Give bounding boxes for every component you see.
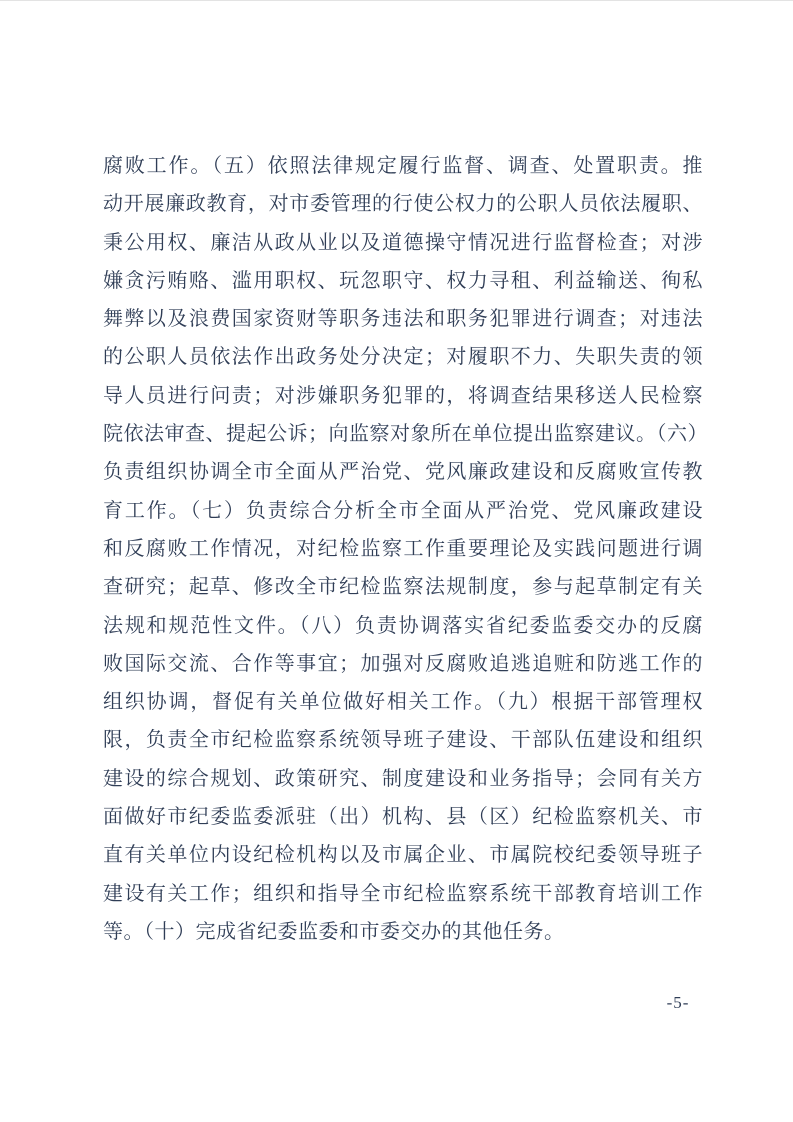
text-line: 组织协调，督促有关单位做好相关工作。（九）根据干部管理权 bbox=[103, 683, 703, 721]
text-line: 院依法审查、提起公诉；向监察对象所在单位提出监察建议。（六） bbox=[103, 415, 703, 453]
text-line: 法规和规范性文件。（八）负责协调落实省纪委监委交办的反腐 bbox=[103, 607, 703, 645]
text-line: 和反腐败工作情况，对纪检监察工作重要理论及实践问题进行调 bbox=[103, 530, 703, 568]
text-line: 等。（十）完成省纪委监委和市委交办的其他任务。 bbox=[103, 913, 703, 951]
body-text: 腐败工作。（五）依照法律规定履行监督、调查、处置职责。推 动开展廉政教育，对市委… bbox=[103, 147, 703, 951]
text-line: 舞弊以及浪费国家资财等职务违法和职务犯罪进行调查；对违法 bbox=[103, 300, 703, 338]
text-line: 腐败工作。（五）依照法律规定履行监督、调查、处置职责。推 bbox=[103, 147, 703, 185]
text-line: 育工作。（七）负责综合分析全市全面从严治党、党风廉政建设 bbox=[103, 492, 703, 530]
text-line: 导人员进行问责；对涉嫌职务犯罪的，将调查结果移送人民检察 bbox=[103, 377, 703, 415]
text-line: 限，负责全市纪检监察系统领导班子建设、干部队伍建设和组织 bbox=[103, 721, 703, 759]
text-line: 直有关单位内设纪检机构以及市属企业、市属院校纪委领导班子 bbox=[103, 836, 703, 874]
text-line: 建设有关工作；组织和指导全市纪检监察系统干部教育培训工作 bbox=[103, 875, 703, 913]
page-number: -5- bbox=[655, 993, 701, 1013]
text-line: 嫌贪污贿赂、滥用职权、玩忽职守、权力寻租、利益输送、徇私 bbox=[103, 262, 703, 300]
text-line: 动开展廉政教育，对市委管理的行使公权力的公职人员依法履职、 bbox=[103, 185, 703, 223]
text-line: 秉公用权、廉洁从政从业以及道德操守情况进行监督检查；对涉 bbox=[103, 224, 703, 262]
text-line: 建设的综合规划、政策研究、制度建设和业务指导；会同有关方 bbox=[103, 760, 703, 798]
text-line: 负责组织协调全市全面从严治党、党风廉政建设和反腐败宣传教 bbox=[103, 453, 703, 491]
text-line: 面做好市纪委监委派驻（出）机构、县（区）纪检监察机关、市 bbox=[103, 798, 703, 836]
text-line: 败国际交流、合作等事宜；加强对反腐败追逃追赃和防逃工作的 bbox=[103, 645, 703, 683]
text-line: 的公职人员依法作出政务处分决定；对履职不力、失职失责的领 bbox=[103, 338, 703, 376]
document-page: 腐败工作。（五）依照法律规定履行监督、调查、处置职责。推 动开展廉政教育，对市委… bbox=[0, 0, 793, 1122]
text-line: 查研究；起草、修改全市纪检监察法规制度，参与起草制定有关 bbox=[103, 568, 703, 606]
